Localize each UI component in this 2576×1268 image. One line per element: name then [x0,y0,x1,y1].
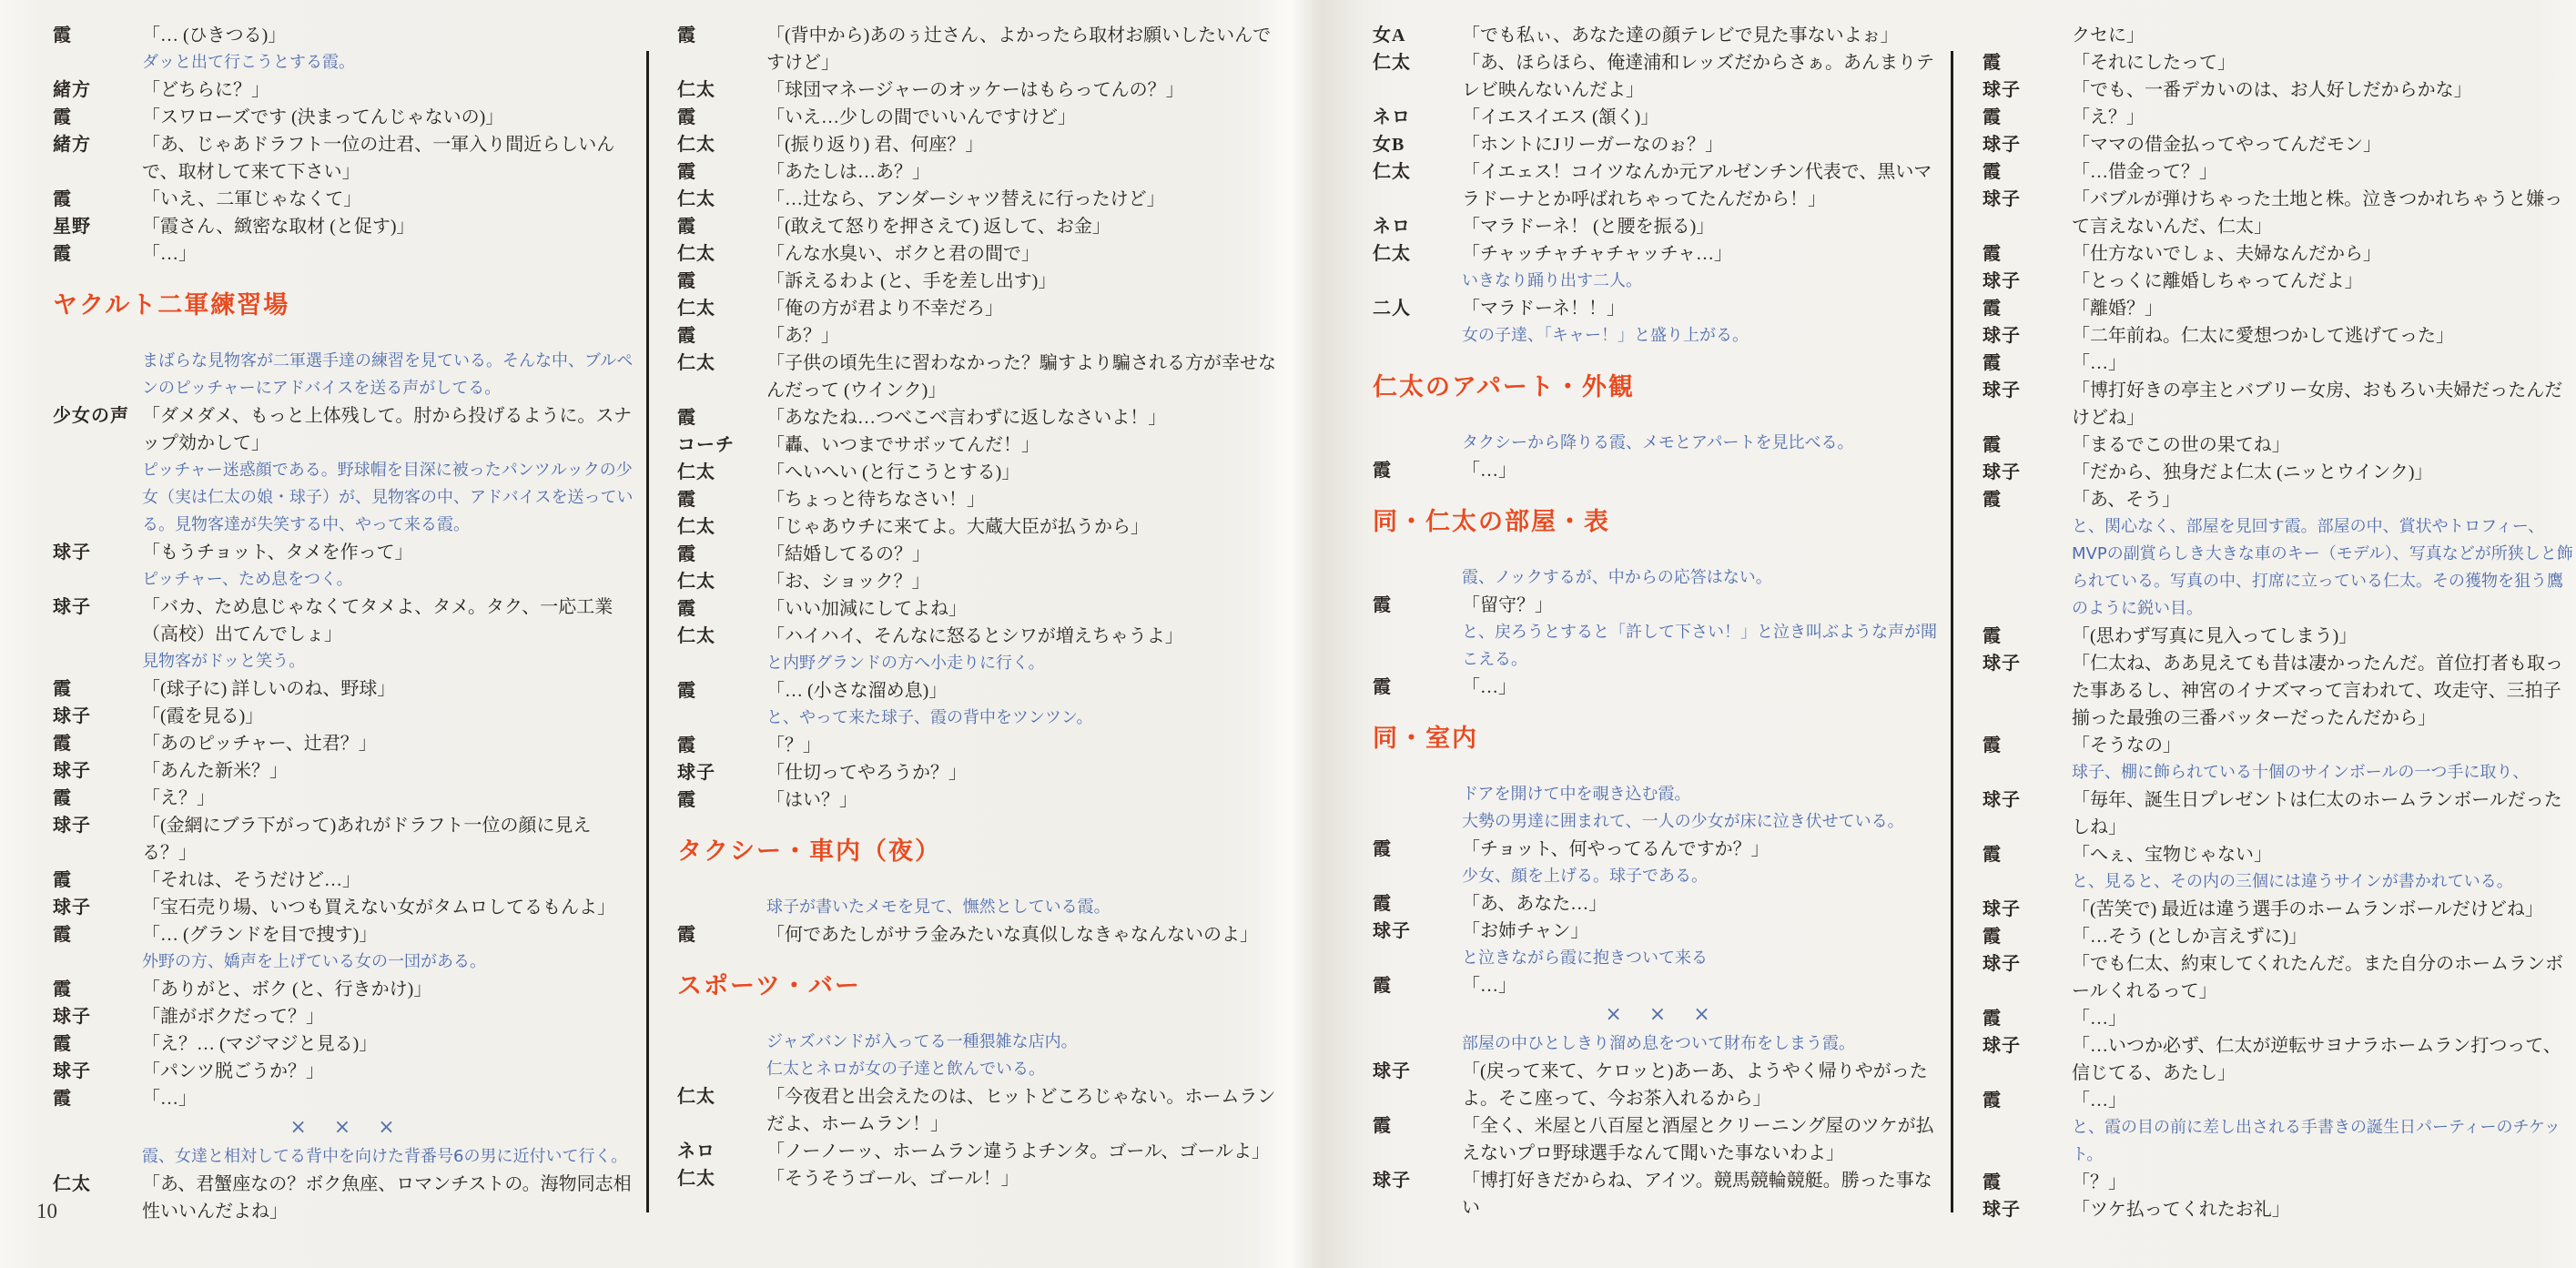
dialogue-text: 「へぇ、宝物じゃない」 [2072,841,2574,868]
speaker-name: 霞 [53,976,142,1003]
speaker-name: ネロ [1373,104,1462,131]
speaker-name: 仁太 [677,1165,766,1192]
speaker-name: 霞 [677,486,766,513]
speaker-name: 霞 [677,786,766,814]
dialogue-line: 球子「バブルが弾けちゃった土地と株。泣きつかれちゃうと嫌って言えないんだ、仁太」 [1983,186,2574,240]
speaker-name: 球子 [1373,1058,1462,1085]
dialogue-line: 霞「… (グランドを目で捜す)」 [53,921,635,948]
dialogue-text: 「でも私ぃ、あなた達の顔テレビで見た事ないよぉ」 [1462,22,1946,49]
stage-direction: 仁太とネロが女の子達と飲んでいる。 [766,1056,1283,1083]
dialogue-line: 霞「留守？」 [1373,592,1946,619]
dialogue-text: 「んな水臭い、ボクと君の間で」 [766,240,1283,268]
speaker-name: 球子 [53,1003,142,1030]
dialogue-line: ネロ「イエスイエス (頷く)」 [1373,104,1946,131]
stage-direction: と内野グランドの方へ小走りに行く。 [766,650,1283,677]
speaker-name: 球子 [1983,896,2072,923]
dialogue-line: 霞「…」 [1373,674,1946,701]
speaker-name: 仁太 [677,1083,766,1111]
dialogue-line: 球子「二年前ね。仁太に愛想つかして逃げてった」 [1983,322,2574,350]
stage-direction: 霞、女達と相対してる背中を向けた背番号6の男に近付いて行く。 [142,1143,635,1171]
dialogue-text: 「…いつか必ず、仁太が逆転サヨナラホームラン打つって、信じてる、あたし」 [2072,1032,2574,1087]
dialogue-text: 「霞さん、緻密な取材 (と促す)」 [142,213,635,240]
dialogue-text: 「あ、あなた…」 [1462,890,1946,918]
dialogue-line: 少女の声「ダメダメ、もっと上体残して。肘から投げるように。スナップ効かして」 [53,402,635,457]
dialogue-text: 「お、ショック？」 [766,568,1283,595]
script-column: 霞「… (ひきつる)」ダッと出て行こうとする霞。緒方「どちらに？」霞「スワローズ… [53,22,635,1225]
speaker-name: ネロ [677,1138,766,1165]
speaker-name: 霞 [677,677,766,705]
stage-direction: ダッと出て行こうとする霞。 [142,49,635,76]
speaker-name: 球子 [1983,268,2072,295]
speaker-name: 女B [1373,131,1462,158]
dialogue-text: 「球団マネージャーのオッケーはもらってんの？」 [766,76,1283,104]
dialogue-text: 「いえ、二軍じゃなくて」 [142,186,635,213]
speaker-name: 霞 [677,268,766,295]
dialogue-line: ネロ「マラドーネ！ (と腰を振る)」 [1373,213,1946,240]
dialogue-line: 霞「ちょっと待ちなさい！」 [677,486,1283,513]
stage-direction: 女の子達、「キャー！」と盛り上がる。 [1462,322,1946,350]
dialogue-line: 球子「でも、一番デカいのは、お人好しだからかな」 [1983,76,2574,104]
dialogue-line: 球子「…いつか必ず、仁太が逆転サヨナラホームラン打つって、信じてる、あたし」 [1983,1032,2574,1087]
speaker-name: 仁太 [677,76,766,104]
dialogue-text: 「誰がボクだって？」 [142,1003,635,1030]
speaker-name: 仁太 [677,623,766,650]
dialogue-text: 「(球子に) 詳しいのね、野球」 [142,675,635,703]
dialogue-line: 仁太「じゃあウチに来てよ。大蔵大臣が払うから」 [677,513,1283,541]
dialogue-text: 「(背中から)あのぅ辻さん、よかったら取材お願いしたいんですけど」 [766,22,1283,76]
dialogue-text: 「え？… (マジマジと見る)」 [142,1030,635,1058]
dialogue-line: 球子「博打好きだからね、アイツ。競馬競輪競艇。勝った事ない [1373,1167,1946,1222]
dialogue-text: 「もうチョット、タメを作って」 [142,539,635,566]
speaker-name: 霞 [1983,295,2072,322]
dialogue-text: 「あなたね…つべこべ言わずに返しなさいよ！」 [766,404,1283,431]
stage-direction: いきなり踊り出す二人。 [1462,268,1946,295]
speaker-name: 霞 [1373,457,1462,484]
dialogue-line: 霞「あなたね…つべこべ言わずに返しなさいよ！」 [677,404,1283,431]
dialogue-line: 霞「あたしは…あ？」 [677,158,1283,186]
dialogue-line: 霞「いえ…少しの間でいいんですけど」 [677,104,1283,131]
dialogue-text: 「え？」 [2072,104,2574,131]
dialogue-line: 霞「結婚してるの？」 [677,541,1283,568]
dialogue-line: 霞「…」 [1983,1005,2574,1032]
scene-heading: 仁太のアパート・外観 [1373,374,1946,401]
dialogue-text: 「お姉チャン」 [1462,918,1946,945]
dialogue-text: 「じゃあウチに来てよ。大蔵大臣が払うから」 [766,513,1283,541]
dialogue-text: 「バブルが弾けちゃった土地と株。泣きつかれちゃうと嫌って言えないんだ、仁太」 [2072,186,2574,240]
speaker-name: 霞 [1983,732,2072,759]
dialogue-line: 球子「博打好きの亭主とバブリー女房、おもろい夫婦だったんだけどね」 [1983,377,2574,431]
speaker-name: 霞 [53,921,142,948]
dialogue-line: 霞「スワローズです (決まってんじゃないの)」 [53,104,635,131]
dialogue-text: 「(敢えて怒りを押さえて) 返して、お金」 [766,213,1283,240]
dialogue-text: 「イエスイエス (頷く)」 [1462,104,1946,131]
speaker-name: 球子 [1983,950,2072,978]
dialogue-line: 星野「霞さん、緻密な取材 (と促す)」 [53,213,635,240]
stage-direction: 見物客がドッと笑う。 [142,648,635,675]
scene-heading: 同・仁太の部屋・表 [1373,509,1946,536]
dialogue-line: 球子「とっくに離婚しちゃってんだよ」 [1983,268,2574,295]
dialogue-line: 仁太「お、ショック？」 [677,568,1283,595]
speaker-name: ネロ [1373,213,1462,240]
dialogue-text: 「(金網にブラ下がって)あれがドラフト一位の顔に見える？」 [142,812,635,867]
dialogue-text: 「とっくに離婚しちゃってんだよ」 [2072,268,2574,295]
speaker-name: 仁太 [677,459,766,486]
dialogue-text: 「…」 [1462,457,1946,484]
speaker-name: 緒方 [53,131,142,158]
dialogue-text: 「チャッチャチャチャッチャ…」 [1462,240,1946,268]
stage-direction: ジャズバンドが入ってる一種猥雑な店内。 [766,1029,1283,1056]
speaker-name: 霞 [677,732,766,759]
dialogue-text: 「…」 [142,240,635,268]
speaker-name: 球子 [53,812,142,839]
dialogue-line: 仁太「球団マネージャーのオッケーはもらってんの？」 [677,76,1283,104]
dialogue-text: 「そうそうゴール、ゴール！」 [766,1165,1283,1192]
dialogue-line: 仁太「イエェス！コイツなんか元アルゼンチン代表で、黒いマラドーナとか呼ばれちゃっ… [1373,158,1946,213]
speaker-name: 仁太 [677,240,766,268]
speaker-name: 霞 [1983,158,2072,186]
dialogue-line: 球子「仕切ってやろうか？」 [677,759,1283,786]
dialogue-line: 霞「チョット、何やってるんですか？」 [1373,836,1946,863]
speaker-name: 霞 [677,322,766,350]
scene-heading: 同・室内 [1373,725,1946,753]
dialogue-text: 「いえ…少しの間でいいんですけど」 [766,104,1283,131]
dialogue-text: 「…借金って？」 [2072,158,2574,186]
stage-direction: と、見ると、その内の三個には違うサインが書かれている。 [2072,868,2574,896]
speaker-name: 霞 [1983,486,2072,513]
speaker-name: 球子 [1983,322,2072,350]
speaker-name: 霞 [1983,841,2072,868]
dialogue-line: 球子「パンツ脱ごうか？」 [53,1058,635,1085]
dialogue-text: 「あ、ほらほら、俺達浦和レッズだからさぁ。あんまりテレビ映んないんだよ」 [1462,49,1946,104]
speaker-name: 仁太 [677,350,766,377]
dialogue-line: 霞「あ？」 [677,322,1283,350]
dialogue-text: 「あ？」 [766,322,1283,350]
speaker-name: 仁太 [677,131,766,158]
speaker-name: 仁太 [677,568,766,595]
dialogue-line: 霞「はい？」 [677,786,1283,814]
dialogue-line: 仁太「へいへい (と行こうとする)」 [677,459,1283,486]
speaker-name: 霞 [1373,1112,1462,1140]
speaker-name: 霞 [53,867,142,894]
dialogue-text: 「…」 [1462,674,1946,701]
stage-direction: と泣きながら霞に抱きついて来る [1462,945,1946,972]
dialogue-line: 霞「…」 [1373,972,1946,999]
dialogue-text: 「二年前ね。仁太に愛想つかして逃げてった」 [2072,322,2574,350]
speaker-name: 仁太 [1373,240,1462,268]
dialogue-text: 「マラドーネ！ (と腰を振る)」 [1462,213,1946,240]
speaker-name: 霞 [1983,431,2072,459]
speaker-name: 霞 [53,186,142,213]
stage-direction: と、霞の目の前に差し出される手書きの誕生日パーティーのチケット。 [2072,1114,2574,1169]
speaker-name: 霞 [1983,923,2072,950]
speaker-name: 霞 [677,213,766,240]
scene-heading: スポーツ・バー [677,973,1283,1000]
dialogue-line: コーチ「轟、いつまでサボッてんだ！」 [677,431,1283,459]
stage-direction: 部屋の中ひとしきり溜め息をついて財布をしまう霞。 [1462,1030,1946,1058]
dialogue-line: 霞「… (小さな溜め息)」 [677,677,1283,705]
dialogue-line: 霞「？」 [1983,1169,2574,1196]
speaker-name: 球子 [1983,1196,2072,1223]
dialogue-line: 球子「(霞を見る)」 [53,703,635,730]
dialogue-line: 仁太「あ、ほらほら、俺達浦和レッズだからさぁ。あんまりテレビ映んないんだよ」 [1373,49,1946,104]
dialogue-line: 仁太「んな水臭い、ボクと君の間で」 [677,240,1283,268]
dialogue-text: 「それにしたって」 [2072,49,2574,76]
dialogue-text: 「バカ、ため息じゃなくてタメよ、タメ。タク、一応工業（高校）出てんでしょ」 [142,593,635,648]
dialogue-text: 「ちょっと待ちなさい！」 [766,486,1283,513]
speaker-name: 球子 [53,703,142,730]
dialogue-text: 「何であたしがサラ金みたいな真似しなきゃなんないのよ」 [766,921,1283,948]
speaker-name: コーチ [677,431,766,459]
speaker-name: 仁太 [53,1171,142,1198]
stage-direction: と、関心なく、部屋を見回す霞。部屋の中、賞状やトロフィー、MVPの副賞らしき大き… [2072,513,2574,623]
dialogue-line: 緒方「どちらに？」 [53,76,635,104]
dialogue-line: 霞「…」 [1983,350,2574,377]
speaker-name: 球子 [1983,377,2072,404]
dialogue-text: 「…」 [2072,1005,2574,1032]
speaker-name: 霞 [53,730,142,757]
stage-direction: と、戻ろうとすると「許して下さい！」と泣き叫ぶような声が聞こえる。 [1462,619,1946,674]
dialogue-line: 霞「そうなの」 [1983,732,2574,759]
dialogue-line: 球子「(苦笑で) 最近は違う選手のホームランボールだけどね」 [1983,896,2574,923]
dialogue-text: 「チョット、何やってるんですか？」 [1462,836,1946,863]
dialogue-line: 球子「(金網にブラ下がって)あれがドラフト一位の顔に見える？」 [53,812,635,867]
dialogue-text: 「ホントにJリーガーなのぉ？」 [1462,131,1946,158]
dialogue-text: 「まるでこの世の果てね」 [2072,431,2574,459]
speaker-name: 球子 [53,894,142,921]
dialogue-text: 「轟、いつまでサボッてんだ！」 [766,431,1283,459]
dialogue-line: 霞「へぇ、宝物じゃない」 [1983,841,2574,868]
dialogue-text: 「あ、君蟹座なの？ボク魚座、ロマンチストの。海物同志相性いいんだよね」 [142,1171,635,1225]
speaker-name: 球子 [1983,650,2072,677]
dialogue-text: 「あたしは…あ？」 [766,158,1283,186]
dialogue-text: 「ママの借金払ってやってんだモン」 [2072,131,2574,158]
speaker-name: 霞 [53,675,142,703]
dialogue-line: 霞「…借金って？」 [1983,158,2574,186]
speaker-name: 霞 [1373,674,1462,701]
speaker-name: 球子 [1983,76,2072,104]
dialogue-text: 「博打好きの亭主とバブリー女房、おもろい夫婦だったんだけどね」 [2072,377,2574,431]
scene-heading: ヤクルト二軍練習場 [53,292,635,320]
speaker-name: 霞 [1373,890,1462,918]
dialogue-text: 「あんた新米？」 [142,757,635,785]
scene-break-marks: × × × [53,1114,635,1141]
speaker-name: 霞 [1983,1005,2072,1032]
speaker-name: 霞 [1983,1169,2072,1196]
speaker-name: 球子 [53,593,142,621]
speaker-name: 球子 [1983,1032,2072,1060]
speaker-name: 星野 [53,213,142,240]
dialogue-line: 球子「もうチョット、タメを作って」 [53,539,635,566]
speaker-name: 女A [1373,22,1462,49]
dialogue-line: 球子「あんた新米？」 [53,757,635,785]
stage-direction: 少女、顔を上げる。球子である。 [1462,863,1946,890]
dialogue-text: 「…」 [142,1085,635,1112]
speaker-name: 球子 [53,757,142,785]
speaker-name: 霞 [677,104,766,131]
dialogue-line: 霞「あのピッチャー、辻君？」 [53,730,635,757]
dialogue-line: 仁太「ハイハイ、そんなに怒るとシワが増えちゃうよ」 [677,623,1283,650]
speaker-name: 霞 [1373,836,1462,863]
dialogue-text: 「仁太ね、ああ見えても昔は凄かったんだ。首位打者も取った事あるし、神宮のイナズマ… [2072,650,2574,732]
stage-direction: ピッチャー、ため息をつく。 [142,566,635,593]
speaker-name: 霞 [1983,49,2072,76]
scene-heading: タクシー・車内（夜） [677,838,1283,866]
speaker-name: 球子 [1983,459,2072,486]
column-divider [1951,51,1953,1212]
script-column: 女A「でも私ぃ、あなた達の顔テレビで見た事ないよぉ」仁太「あ、ほらほら、俺達浦和… [1373,22,1946,1222]
dialogue-line: 球子「(戻って来て、ケロッと)あーあ、ようやく帰りやがったよ。そこ座って、今お茶… [1373,1058,1946,1112]
dialogue-text: 「宝石売り場、いつも買えない女がタムロしてるもんよ」 [142,894,635,921]
speaker-name: 霞 [1983,350,2072,377]
speaker-name: 球子 [1983,131,2072,158]
stage-direction: ピッチャー迷惑顔である。野球帽を目深に被ったパンツルックの少女（実は仁太の娘・球… [142,457,635,539]
speaker-name: 仁太 [1373,158,1462,186]
dialogue-line: 球子「でも仁太、約束してくれたんだ。また自分のホームランボールくれるって」 [1983,950,2574,1005]
stage-direction: ドアを開けて中を覗き込む霞。 [1462,781,1946,808]
speaker-name: 霞 [677,22,766,49]
dialogue-text: 「子供の頃先生に習わなかった？騙すより騙される方が幸せなんだって (ウインク)」 [766,350,1283,404]
dialogue-line: 仁太「そうそうゴール、ゴール！」 [677,1165,1283,1192]
dialogue-line: 霞「え？」 [1983,104,2574,131]
dialogue-text: 「ありがと、ボク (と、行きかけ)」 [142,976,635,1003]
stage-direction: と、やって来た球子、霞の背中をツンツン。 [766,705,1283,732]
dialogue-text: 「…」 [2072,1087,2574,1114]
dialogue-text: 「ノーノーッ、ホームラン違うよチンタ。ゴール、ゴールよ」 [766,1138,1283,1165]
dialogue-line: 霞「それにしたって」 [1983,49,2574,76]
dialogue-text: 「… (小さな溜め息)」 [766,677,1283,705]
dialogue-line: 霞「(敢えて怒りを押さえて) 返して、お金」 [677,213,1283,240]
speaker-name: 球子 [1983,786,2072,814]
dialogue-line: 球子「誰がボクだって？」 [53,1003,635,1030]
dialogue-line: 霞「？」 [677,732,1283,759]
dialogue-text: 「パンツ脱ごうか？」 [142,1058,635,1085]
dialogue-text: 「結婚してるの？」 [766,541,1283,568]
dialogue-line: 霞「離婚？」 [1983,295,2574,322]
dialogue-text: 「あのピッチャー、辻君？」 [142,730,635,757]
speaker-name: 霞 [53,785,142,812]
speaker-name: 仁太 [677,513,766,541]
dialogue-text: 「あ、じゃあドラフト一位の辻君、一軍入り間近らしいんで、取材して来て下さい」 [142,131,635,186]
dialogue-line: 仁太「(振り返り) 君、何座？」 [677,131,1283,158]
speaker-name: 球子 [53,1058,142,1085]
stage-direction: 球子、棚に飾られている十個のサインボールの一つ手に取り、 [2072,759,2574,786]
speaker-name: 仁太 [1373,49,1462,76]
speaker-name: 霞 [677,595,766,623]
dialogue-text: 「そうなの」 [2072,732,2574,759]
dialogue-line: 霞「…」 [53,240,635,268]
dialogue-text: 「スワローズです (決まってんじゃないの)」 [142,104,635,131]
dialogue-text: 「でも、一番デカいのは、お人好しだからかな」 [2072,76,2574,104]
dialogue-text: 「へいへい (と行こうとする)」 [766,459,1283,486]
dialogue-line: 霞「全く、米屋と八百屋と酒屋とクリーニング屋のツケが払えないプロ野球選手なんて聞… [1373,1112,1946,1167]
dialogue-text: 「？」 [2072,1169,2574,1196]
dialogue-line: 霞「何であたしがサラ金みたいな真似しなきゃなんないのよ」 [677,921,1283,948]
dialogue-line: 緒方「あ、じゃあドラフト一位の辻君、一軍入り間近らしいんで、取材して来て下さい」 [53,131,635,186]
dialogue-text: 「…辻なら、アンダーシャツ替えに行ったけど」 [766,186,1283,213]
speaker-name: 球子 [53,539,142,566]
dialogue-line: 霞「まるでこの世の果てね」 [1983,431,2574,459]
dialogue-line: 球子「ママの借金払ってやってんだモン」 [1983,131,2574,158]
speaker-name: 仁太 [677,295,766,322]
dialogue-line: 球子「バカ、ため息じゃなくてタメよ、タメ。タク、一応工業（高校）出てんでしょ」 [53,593,635,648]
dialogue-text: 「はい？」 [766,786,1283,814]
dialogue-line: 霞「(背中から)あのぅ辻さん、よかったら取材お願いしたいんですけど」 [677,22,1283,76]
speaker-name: 霞 [53,22,142,49]
dialogue-line: 二人「マラドーネ！！」 [1373,295,1946,322]
dialogue-line: 仁太「…辻なら、アンダーシャツ替えに行ったけど」 [677,186,1283,213]
dialogue-text: 「離婚？」 [2072,295,2574,322]
dialogue-line: 球子「だから、独身だよ仁太 (ニッとウインク)」 [1983,459,2574,486]
dialogue-line: 霞「あ、あなた…」 [1373,890,1946,918]
dialogue-text: 「(思わず写真に見入ってしまう)」 [2072,623,2574,650]
dialogue-text: 「仕切ってやろうか？」 [766,759,1283,786]
dialogue-text: 「ツケ払ってくれたお礼」 [2072,1196,2574,1223]
dialogue-line: 霞「(球子に) 詳しいのね、野球」 [53,675,635,703]
dialogue-text: 「… (グランドを目で捜す)」 [142,921,635,948]
speaker-name: 霞 [1983,623,2072,650]
dialogue-line: 霞「それは、そうだけど…」 [53,867,635,894]
dialogue-line: 霞「… (ひきつる)」 [53,22,635,49]
speaker-name: 霞 [1983,104,2072,131]
dialogue-text: 「？」 [766,732,1283,759]
dialogue-text: 「博打好きだからね、アイツ。競馬競輪競艇。勝った事ない [1462,1167,1946,1222]
dialogue-line: ネロ「ノーノーッ、ホームラン違うよチンタ。ゴール、ゴールよ」 [677,1138,1283,1165]
dialogue-text: 「… (ひきつる)」 [142,22,635,49]
speaker-name: 霞 [1373,592,1462,619]
stage-direction: タクシーから降りる霞、メモとアパートを見比べる。 [1462,430,1946,457]
dialogue-text: 「…そう (としか言えずに)」 [2072,923,2574,950]
dialogue-line: 球子「ツケ払ってくれたお礼」 [1983,1196,2574,1223]
speaker-name: 霞 [53,1030,142,1058]
speaker-name: 霞 [677,158,766,186]
dialogue-line: 霞「ありがと、ボク (と、行きかけ)」 [53,976,635,1003]
dialogue-text: 「だから、独身だよ仁太 (ニッとウインク)」 [2072,459,2574,486]
speaker-name: 霞 [1983,1087,2072,1114]
dialogue-text: 「全く、米屋と八百屋と酒屋とクリーニング屋のツケが払えないプロ野球選手なんて聞い… [1462,1112,1946,1167]
dialogue-line: 球子「毎年、誕生日プレゼントは仁太のホームランボールだったしね」 [1983,786,2574,841]
dialogue-line: 霞「…そう (としか言えずに)」 [1983,923,2574,950]
speaker-name: 霞 [677,541,766,568]
speaker-name: 霞 [53,1085,142,1112]
dialogue-line: 霞「いい加減にしてよね」 [677,595,1283,623]
dialogue-text: 「(霞を見る)」 [142,703,635,730]
dialogue-text: 「ダメダメ、もっと上体残して。肘から投げるように。スナップ効かして」 [142,402,635,457]
dialogue-text: 「どちらに？」 [142,76,635,104]
dialogue-line: 仁太「子供の頃先生に習わなかった？騙すより騙される方が幸せなんだって (ウインク… [677,350,1283,404]
stage-direction: まばらな見物客が二軍選手達の練習を見ている。そんな中、ブルペンのピッチャーにアド… [142,348,635,402]
dialogue-text: 「(戻って来て、ケロッと)あーあ、ようやく帰りやがったよ。そこ座って、今お茶入れ… [1462,1058,1946,1112]
speaker-name: 少女の声 [53,402,142,430]
dialogue-text: 「…」 [1462,972,1946,999]
dialogue-line: 女B「ホントにJリーガーなのぉ？」 [1373,131,1946,158]
speaker-name: 霞 [53,240,142,268]
dialogue-text: 「イエェス！コイツなんか元アルゼンチン代表で、黒いマラドーナとか呼ばれちゃってた… [1462,158,1946,213]
dialogue-line: 女A「でも私ぃ、あなた達の顔テレビで見た事ないよぉ」 [1373,22,1946,49]
speaker-name: 霞 [677,404,766,431]
speaker-name: 球子 [1373,918,1462,945]
dialogue-text: 「俺の方が君より不幸だろ」 [766,295,1283,322]
speaker-name: 仁太 [677,186,766,213]
dialogue-continuation: クセに」 [2072,22,2574,49]
dialogue-line: 霞「え？」 [53,785,635,812]
dialogue-text: 「仕方ないでしょ、夫婦なんだから」 [2072,240,2574,268]
dialogue-line: 球子「お姉チャン」 [1373,918,1946,945]
dialogue-line: 霞「…」 [53,1085,635,1112]
dialogue-line: 仁太「今夜君と出会えたのは、ヒットどころじゃない。ホームランだよ、ホームラン！」 [677,1083,1283,1138]
dialogue-line: 仁太「あ、君蟹座なの？ボク魚座、ロマンチストの。海物同志相性いいんだよね」 [53,1171,635,1225]
speaker-name: 二人 [1373,295,1462,322]
column-divider [646,51,649,1212]
